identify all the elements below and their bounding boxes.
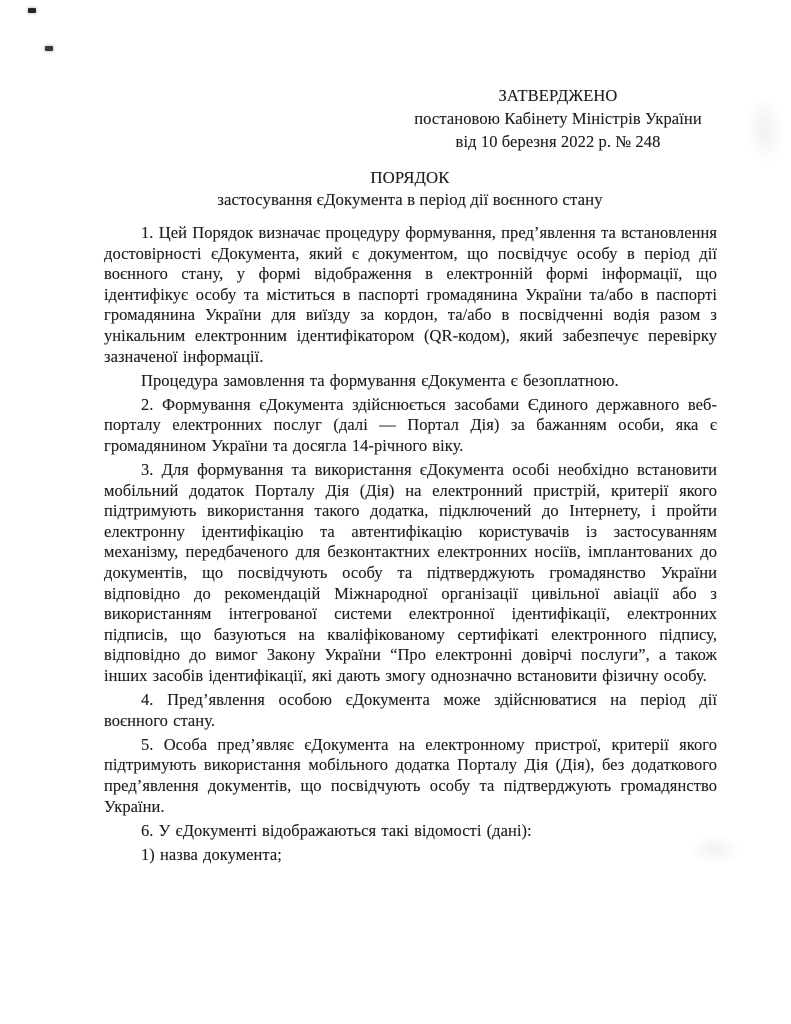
- paragraph-1-note: Процедура замовлення та формування єДоку…: [104, 371, 717, 392]
- scan-smudge: [745, 95, 785, 165]
- paragraph-6: 6. У єДокументі відображаються такі відо…: [104, 821, 717, 842]
- document-body: 1. Цей Порядок визначає процедуру формув…: [104, 223, 717, 869]
- paragraph-4: 4. Пред’явлення особою єДокумента може з…: [104, 690, 717, 731]
- paragraph-1: 1. Цей Порядок визначає процедуру формув…: [104, 223, 717, 367]
- scan-speck-icon: [45, 46, 53, 51]
- list-item-1: 1) назва документа;: [104, 845, 717, 866]
- paragraph-2: 2. Формування єДокумента здійснюється за…: [104, 395, 717, 457]
- approval-block: ЗАТВЕРДЖЕНО постановою Кабінету Міністрі…: [399, 84, 717, 153]
- approval-stamp-label: ЗАТВЕРДЖЕНО: [399, 84, 717, 107]
- title-block: ПОРЯДОК застосування єДокумента в період…: [90, 167, 730, 211]
- paragraph-3: 3. Для формування та використання єДокум…: [104, 460, 717, 687]
- scanned-document-page: ЗАТВЕРДЖЕНО постановою Кабінету Міністрі…: [0, 0, 791, 1024]
- paragraph-5: 5. Особа пред’являє єДокумента на електр…: [104, 735, 717, 817]
- document-title: ПОРЯДОК: [90, 167, 730, 189]
- approval-authority: постановою Кабінету Міністрів України: [399, 107, 717, 130]
- document-subtitle: застосування єДокумента в період дії воє…: [90, 189, 730, 211]
- approval-date-number: від 10 березня 2022 р. № 248: [399, 130, 717, 153]
- scan-speck-icon: [28, 8, 36, 13]
